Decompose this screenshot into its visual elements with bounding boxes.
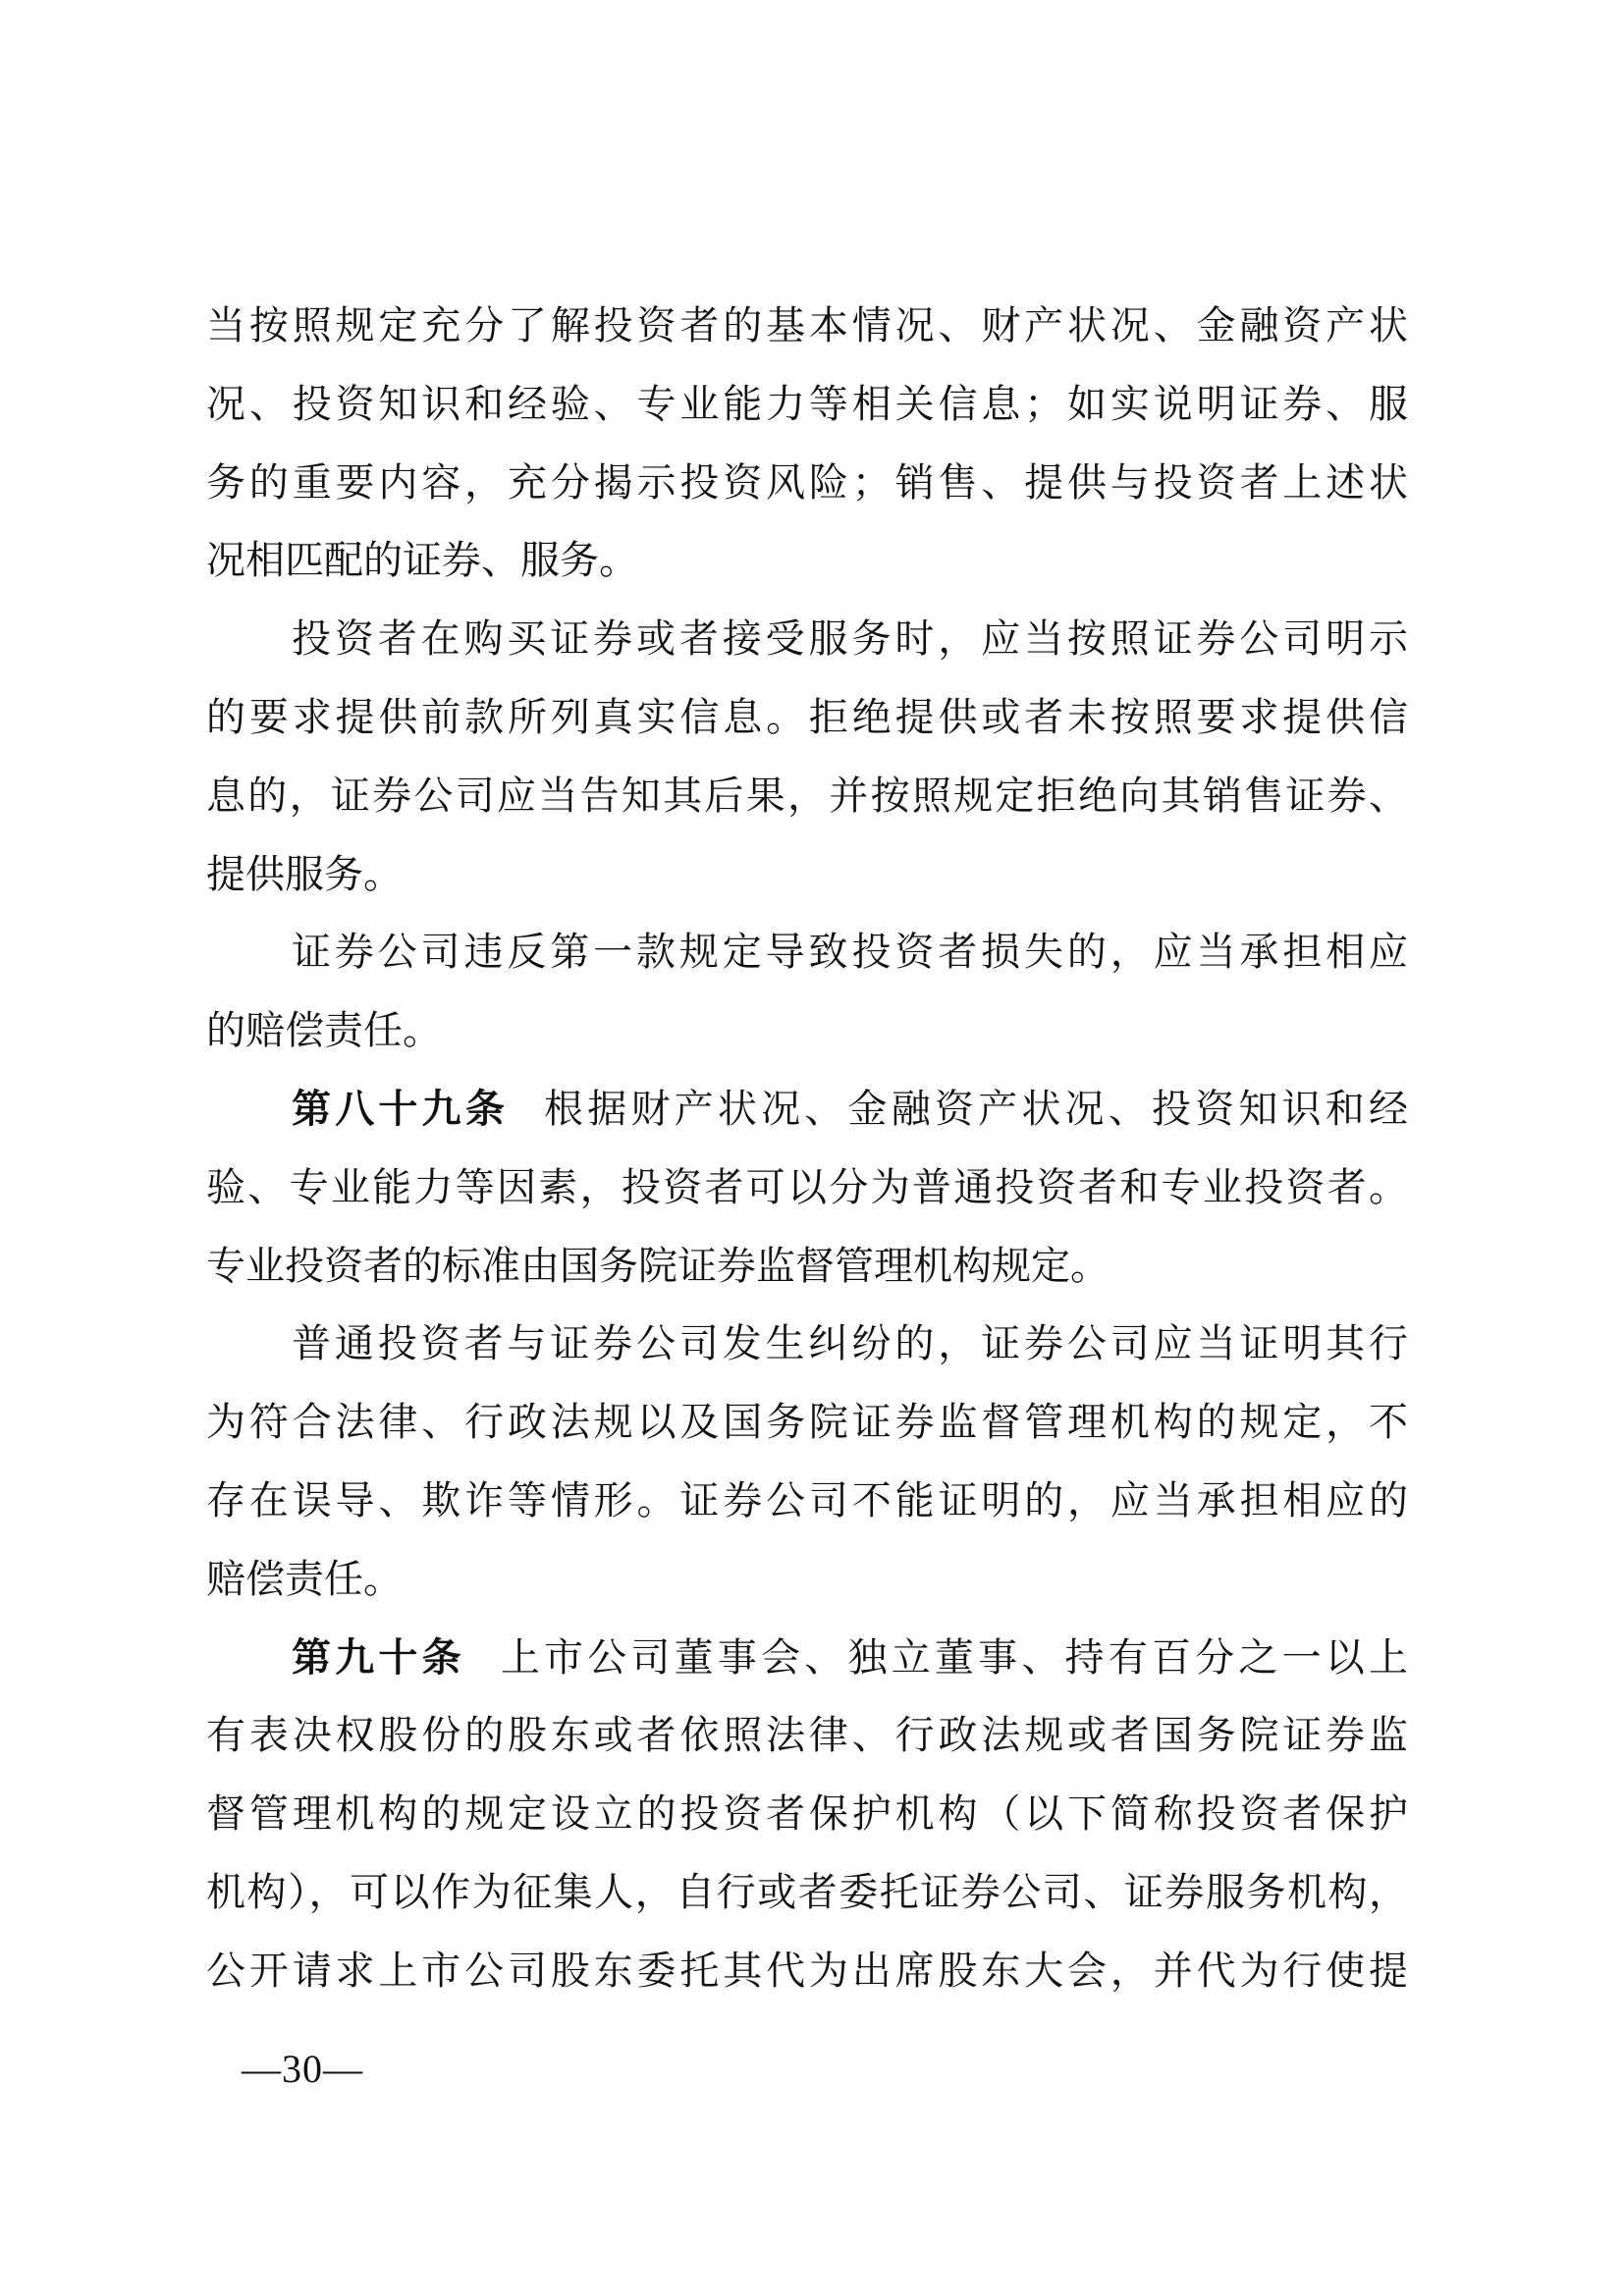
body-text: 当按照规定充分了解投资者的基本情况、财产状况、金融资产状 况、投资知识和经验、专…: [206, 296, 1408, 2020]
text-line: 公开请求上市公司股东委托其代为出席股东大会，并代为行使提: [206, 1942, 1408, 2020]
text-line: 证券公司违反第一款规定导致投资者损失的，应当承担相应: [206, 923, 1408, 1001]
text-line: 投资者在购买证券或者接受服务时，应当按照证券公司明示: [206, 610, 1408, 688]
text-line: 督管理机构的规定设立的投资者保护机构（以下简称投资者保护: [206, 1785, 1408, 1863]
article-89-title: 第八十九条: [292, 1087, 509, 1132]
text-line: 验、专业能力等因素，投资者可以分为普通投资者和专业投资者。: [206, 1158, 1408, 1237]
text-line: 当按照规定充分了解投资者的基本情况、财产状况、金融资产状: [206, 296, 1408, 375]
text-line: 息的，证券公司应当告知其后果，并按照规定拒绝向其销售证券、: [206, 767, 1408, 845]
text-line: 专业投资者的标准由国务院证券监督管理机构规定。: [206, 1237, 1408, 1315]
text-line: 的赔偿责任。: [206, 1001, 1408, 1080]
text-line: 机构），可以作为征集人，自行或者委托证券公司、证券服务机构，: [206, 1863, 1408, 1942]
text-line: 为符合法律、行政法规以及国务院证券监督管理机构的规定，不: [206, 1393, 1408, 1471]
article-90-first-line: 第九十条上市公司董事会、独立董事、持有百分之一以上: [206, 1629, 1408, 1707]
text-line: 提供服务。: [206, 845, 1408, 924]
text-line: 务的重要内容，充分揭示投资风险；销售、提供与投资者上述状: [206, 454, 1408, 532]
article-89-text: 根据财产状况、金融资产状况、投资知识和经: [544, 1087, 1408, 1132]
text-line: 普通投资者与证券公司发生纠纷的，证券公司应当证明其行: [206, 1314, 1408, 1393]
text-line: 赔偿责任。: [206, 1550, 1408, 1629]
text-line: 存在误导、欺诈等情形。证券公司不能证明的，应当承担相应的: [206, 1471, 1408, 1550]
text-line: 况、投资知识和经验、专业能力等相关信息；如实说明证券、服: [206, 375, 1408, 454]
article-89-first-line: 第八十九条根据财产状况、金融资产状况、投资知识和经: [206, 1080, 1408, 1158]
article-90-title: 第九十条: [292, 1635, 465, 1681]
text-line: 况相匹配的证券、服务。: [206, 531, 1408, 610]
page-number: —30—: [242, 2046, 363, 2092]
article-90-text: 上市公司董事会、独立董事、持有百分之一以上: [501, 1635, 1408, 1681]
document-page: 当按照规定充分了解投资者的基本情况、财产状况、金融资产状 况、投资知识和经验、专…: [0, 0, 1624, 2296]
text-line: 有表决权股份的股东或者依照法律、行政法规或者国务院证券监: [206, 1706, 1408, 1785]
text-line: 的要求提供前款所列真实信息。拒绝提供或者未按照要求提供信: [206, 688, 1408, 767]
